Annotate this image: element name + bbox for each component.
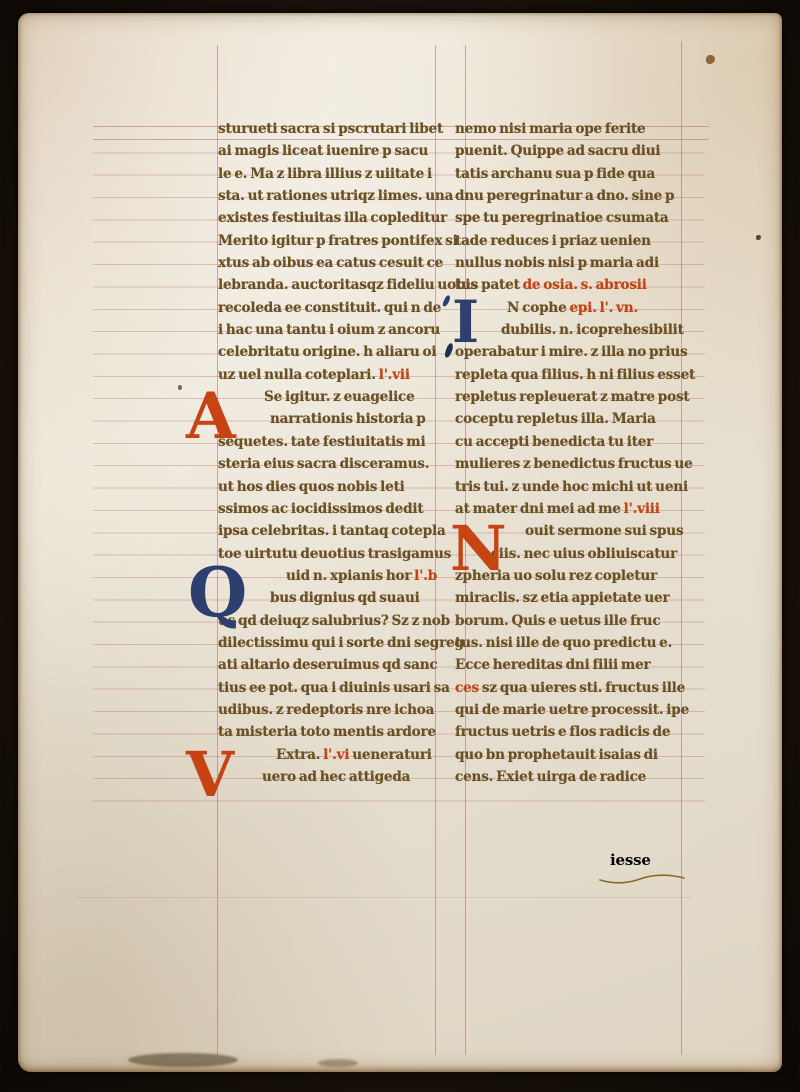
text-line: xtus ab oibus ea catus cesuit ce (218, 252, 444, 274)
ink-speck-2 (756, 235, 761, 240)
text-segment: tade reduces i priaz uenien (455, 233, 651, 249)
text-segment: ueneraturi (349, 747, 431, 763)
text-segment: i hac una tantu i oium z ancoru (218, 322, 440, 338)
bottom-edge-smudge-2 (318, 1059, 358, 1067)
text-line: udibus. z redeptoris nre ichoa (218, 699, 444, 721)
text-line: dubilis. n. icoprehesibilit (455, 319, 687, 341)
bottom-edge-smudge (128, 1053, 238, 1067)
text-line: borum. Quis e uetus ille fruc (455, 610, 687, 632)
text-segment: Se igitur. z euagelice (264, 389, 415, 405)
text-line: uero ad hec attigeda (218, 766, 444, 788)
text-segment: miraclis. sz etia appietate uer (455, 590, 669, 606)
text-line: ai magis liceat iuenire p sacu (218, 140, 444, 162)
text-line: N cophe epi. l'. vn. (455, 297, 687, 319)
text-line: ati altario deseruimus qd sanc (218, 654, 444, 676)
text-segment: uid n. xpianis hor (286, 568, 414, 584)
text-segment: ta misteria toto mentis ardore (218, 724, 436, 740)
text-line: sequetes. tate festiuitatis mi (218, 431, 444, 453)
text-segment: dilectissimu qui i sorte dni segreg (218, 635, 464, 651)
catchword-flourish (596, 871, 688, 887)
text-segment: puenit. Quippe ad sacru diui (455, 143, 660, 159)
illuminated-initial-Q: Q (188, 562, 247, 625)
text-segment: sequetes. tate festiuitatis mi (218, 434, 425, 450)
text-segment: tatis archanu sua p fide qua (455, 166, 655, 182)
text-line: celebritatu origine. h aliaru oi (218, 341, 444, 363)
manuscript-leaf: sturueti sacra si pscrutari libetai magi… (18, 13, 782, 1072)
ink-speck (706, 55, 715, 64)
text-segment: mulieres z benedictus fructus ue (455, 456, 693, 472)
text-segment: recoleda ee constituit. qui n de (218, 300, 441, 316)
text-line: coceptu repletus illa. Maria (455, 408, 687, 430)
text-segment: ouit sermone sui spus (525, 523, 683, 539)
text-line: repletus repleuerat z matre post (455, 386, 687, 408)
text-line: quo bn prophetauit isaias di (455, 744, 687, 766)
text-line: Merito igitur p fratres pontifex si (218, 230, 444, 252)
text-line: Se igitur. z euagelice (218, 386, 444, 408)
text-segment: Extra. (276, 747, 323, 763)
text-line: uid n. xpianis hor l'.b (218, 565, 444, 587)
ruling-lower-line (75, 897, 691, 898)
rubric-segment: de osia. s. abrosii (523, 277, 647, 293)
text-line: sta. ut rationes utriqz limes. una (218, 185, 444, 207)
text-segment: cens. Exiet uirga de radice (455, 769, 646, 785)
text-segment: ut hos dies quos nobis leti (218, 479, 405, 495)
text-segment: repleta qua filius. h ni filius esset (455, 367, 695, 383)
text-line: nemo nisi maria ope ferite (455, 118, 687, 140)
text-segment: dnu peregrinatur a dno. sine p (455, 188, 674, 204)
text-line: sturueti sacra si pscrutari libet (218, 118, 444, 140)
text-segment: ai magis liceat iuenire p sacu (218, 143, 428, 159)
text-column-right: nemo nisi maria ope feritepuenit. Quippe… (455, 118, 687, 788)
text-segment: operabatur i mire. z illa no prius (455, 344, 687, 360)
text-segment: Merito igitur p fratres pontifex si (218, 233, 458, 249)
text-segment: uero ad hec attigeda (262, 769, 410, 785)
text-line: ces sz qua uieres sti. fructus ille (455, 677, 687, 699)
text-segment: repletus repleuerat z matre post (455, 389, 690, 405)
text-segment: us qd deiuqz salubrius? Sz z nob (218, 613, 450, 629)
text-segment: ipsa celebritas. i tantaq cotepla (218, 523, 446, 539)
text-segment: narrationis historia p (270, 411, 426, 427)
text-line: Ecce hereditas dni filii mer (455, 654, 687, 676)
text-line: tus. nisi ille de quo predictu e. (455, 632, 687, 654)
text-line: ut hos dies quos nobis leti (218, 476, 444, 498)
rubric-segment: l'.vii (379, 367, 410, 383)
illuminated-initial-A: A (186, 388, 236, 447)
text-segment: xtus ab oibus ea catus cesuit ce (218, 255, 443, 271)
text-line: bus dignius qd suaui (218, 587, 444, 609)
text-line: tus patet de osia. s. abrosii (455, 274, 687, 296)
text-line: i hac una tantu i oium z ancoru (218, 319, 444, 341)
text-line: spe tu peregrinatioe csumata (455, 207, 687, 229)
text-line: uz uel nulla coteplari. l'.vii (218, 364, 444, 386)
text-line: tris tui. z unde hoc michi ut ueni (455, 476, 687, 498)
text-line: puenit. Quippe ad sacru diui (455, 140, 687, 162)
rubric-segment: epi. l'. vn. (569, 300, 638, 316)
text-line: tius ee pot. qua i diuinis usari sa (218, 677, 444, 699)
text-segment: nemo nisi maria ope ferite (455, 121, 645, 137)
text-segment: existes festiuitas illa copleditur (218, 210, 447, 226)
text-line: qui de marie uetre processit. ipe (455, 699, 687, 721)
illuminated-initial-V: V (186, 746, 234, 803)
text-segment: nciis. nec uius obliuiscatur (481, 546, 677, 562)
text-segment: tris tui. z unde hoc michi ut ueni (455, 479, 688, 495)
text-segment: sta. ut rationes utriqz limes. una (218, 188, 453, 204)
text-line: cu accepti benedicta tu iter (455, 431, 687, 453)
text-line: ssimos ac iocidissimos dedit (218, 498, 444, 520)
text-segment: udibus. z redeptoris nre ichoa (218, 702, 434, 718)
text-segment: spe tu peregrinatioe csumata (455, 210, 669, 226)
text-segment: bus dignius qd suaui (270, 590, 420, 606)
text-segment: lebranda. auctoritasqz fideliu uobis (218, 277, 478, 293)
text-line: le e. Ma z libra illius z uiitate i (218, 163, 444, 185)
text-segment: fructus uetris e flos radicis de (455, 724, 670, 740)
text-segment: Ecce hereditas dni filii mer (455, 657, 651, 673)
text-line: recoleda ee constituit. qui n de (218, 297, 444, 319)
rubric-segment: ces (455, 680, 479, 696)
text-segment: uz uel nulla coteplari. (218, 367, 379, 383)
text-segment: borum. Quis e uetus ille fruc (455, 613, 660, 629)
text-line: miraclis. sz etia appietate uer (455, 587, 687, 609)
text-segment: steria eius sacra disceramus. (218, 456, 429, 472)
text-segment: cu accepti benedicta tu iter (455, 434, 653, 450)
rubric-segment: l'.viii (624, 501, 660, 517)
text-segment: sturueti sacra si pscrutari libet (218, 121, 443, 137)
text-column-left: sturueti sacra si pscrutari libetai magi… (218, 118, 444, 788)
text-segment: le e. Ma z libra illius z uiitate i (218, 166, 432, 182)
text-line: narrationis historia p (218, 408, 444, 430)
text-line: nullus nobis nisi p maria adi (455, 252, 687, 274)
text-line: steria eius sacra disceramus. (218, 453, 444, 475)
text-segment: nullus nobis nisi p maria adi (455, 255, 659, 271)
text-line: tade reduces i priaz uenien (455, 230, 687, 252)
rubric-segment: l'.b (414, 568, 437, 584)
text-line: toe uirtutu deuotius trasigamus (218, 543, 444, 565)
text-line: cens. Exiet uirga de radice (455, 766, 687, 788)
rubric-segment: l'.vi (323, 747, 349, 763)
text-line: repleta qua filius. h ni filius esset (455, 364, 687, 386)
text-line: lebranda. auctoritasqz fideliu uobis (218, 274, 444, 296)
text-line: ipsa celebritas. i tantaq cotepla (218, 520, 444, 542)
text-line: Extra. l'.vi ueneraturi (218, 744, 444, 766)
text-line: us qd deiuqz salubrius? Sz z nob (218, 610, 444, 632)
text-line: ta misteria toto mentis ardore (218, 721, 444, 743)
photo-background: sturueti sacra si pscrutari libetai magi… (0, 0, 800, 1092)
text-line: mulieres z benedictus fructus ue (455, 453, 687, 475)
text-line: dilectissimu qui i sorte dni segreg (218, 632, 444, 654)
illuminated-initial-I: I (452, 296, 479, 349)
text-segment: celebritatu origine. h aliaru oi (218, 344, 436, 360)
text-line: dnu peregrinatur a dno. sine p (455, 185, 687, 207)
text-line: existes festiuitas illa copleditur (218, 207, 444, 229)
text-line: tatis archanu sua p fide qua (455, 163, 687, 185)
text-line: fructus uetris e flos radicis de (455, 721, 687, 743)
text-segment: quo bn prophetauit isaias di (455, 747, 658, 763)
text-segment: toe uirtutu deuotius trasigamus (218, 546, 451, 562)
catchword: iesse (610, 851, 651, 869)
text-segment: N cophe (507, 300, 569, 316)
text-segment: tius ee pot. qua i diuinis usari sa (218, 680, 450, 696)
text-segment: coceptu repletus illa. Maria (455, 411, 656, 427)
text-segment: ati altario deseruimus qd sanc (218, 657, 437, 673)
text-segment: ssimos ac iocidissimos dedit (218, 501, 423, 517)
text-segment: sz qua uieres sti. fructus ille (479, 680, 685, 696)
text-segment: qui de marie uetre processit. ipe (455, 702, 689, 718)
text-line: operabatur i mire. z illa no prius (455, 341, 687, 363)
text-segment: tus. nisi ille de quo predictu e. (455, 635, 672, 651)
illuminated-initial-N: N (450, 520, 507, 577)
text-segment: dubilis. n. icoprehesibilit (501, 322, 684, 338)
